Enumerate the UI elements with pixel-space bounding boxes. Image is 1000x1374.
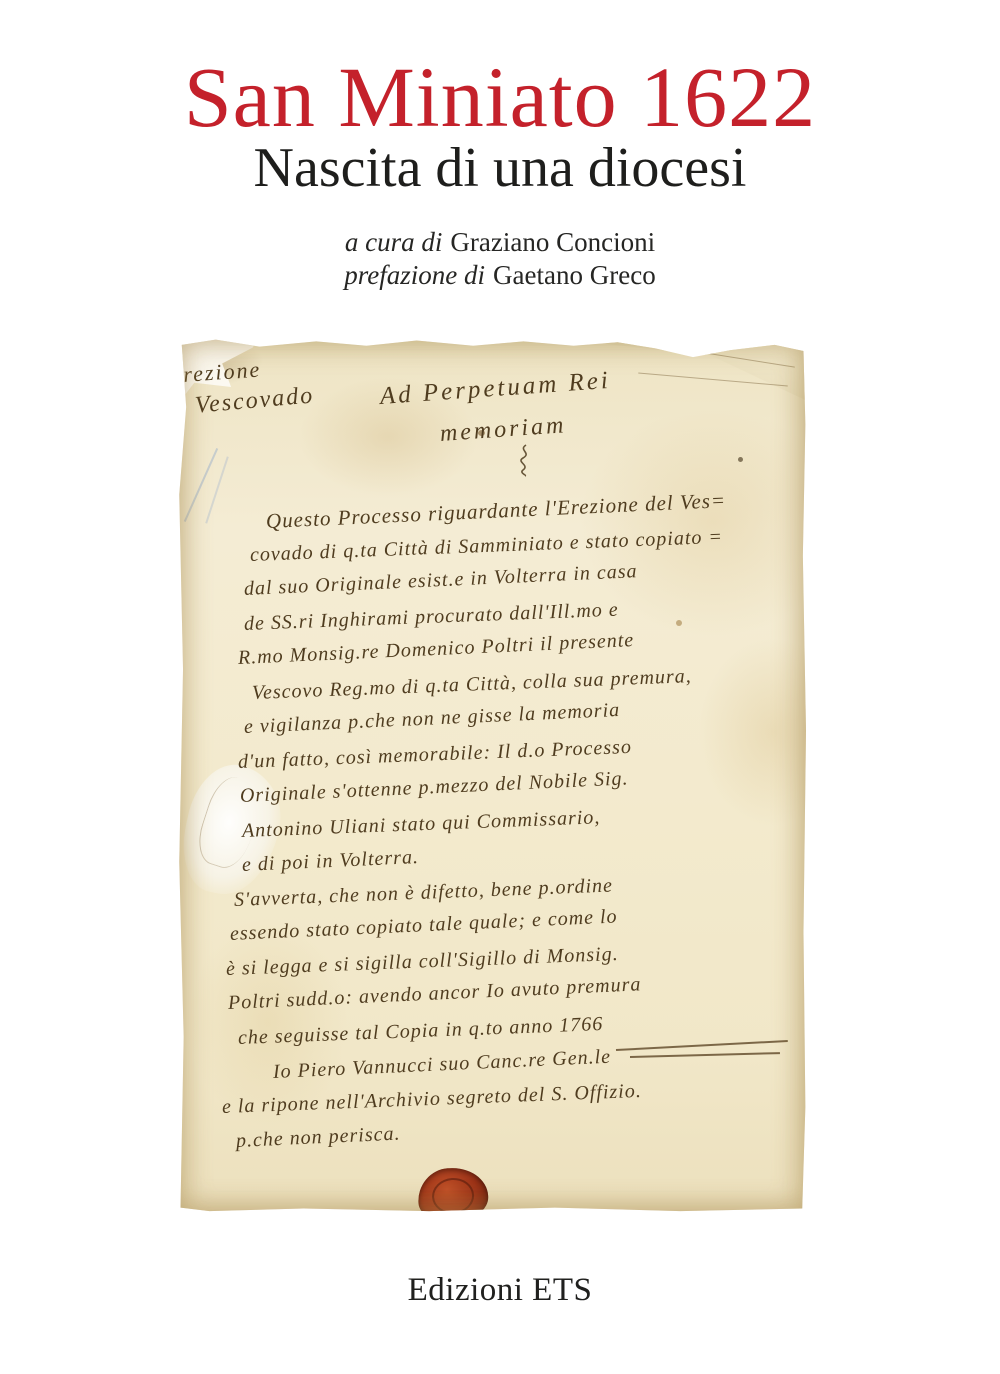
manuscript-line: d'un fatto, così memorabile: Il d.o Proc… bbox=[238, 736, 633, 774]
manuscript-line: p.che non perisca. bbox=[235, 1123, 401, 1153]
manuscript-line: dal suo Originale esist.e in Volterra in… bbox=[243, 560, 638, 601]
manuscript-photo: Erezione il Vescovado Ad Perpetuam Rei m… bbox=[178, 337, 806, 1212]
folded-corner bbox=[591, 337, 806, 409]
editor-role: a cura di bbox=[345, 227, 443, 257]
publisher-name: Edizioni ETS bbox=[0, 1272, 1000, 1309]
paraph-flourish bbox=[514, 443, 536, 477]
blue-pencil-mark bbox=[205, 456, 229, 523]
manuscript-line: e vigilanza p.che non ne gisse la memori… bbox=[243, 699, 620, 739]
manuscript-line: R.mo Monsig.re Domenico Poltri il presen… bbox=[237, 629, 634, 670]
page-title: San Miniato 1622 bbox=[0, 54, 1000, 140]
book-cover: San Miniato 1622 Nascita di una diocesi … bbox=[0, 0, 1000, 1374]
year-underline bbox=[616, 1040, 788, 1051]
preface-author-name: Gaetano Greco bbox=[493, 260, 656, 290]
manuscript-line: de SS.ri Inghirami procurato dall'Ill.mo… bbox=[244, 599, 620, 636]
year-underline bbox=[630, 1052, 780, 1058]
ink-spot bbox=[676, 620, 682, 626]
credits-block: a cura diGraziano Concioni prefazione di… bbox=[0, 226, 1000, 292]
manuscript-line: Vescovo Reg.mo di q.ta Città, colla sua … bbox=[252, 665, 693, 705]
manuscript-line: covado di q.ta Città di Samminiato e sta… bbox=[250, 526, 724, 567]
page-subtitle: Nascita di una diocesi bbox=[0, 138, 1000, 200]
editor-credit: a cura diGraziano Concioni bbox=[0, 226, 1000, 259]
manuscript-line: Questo Processo riguardante l'Erezione d… bbox=[265, 488, 726, 534]
ink-spot bbox=[738, 457, 743, 462]
wax-seal-ring bbox=[431, 1177, 475, 1212]
manuscript-margin-note: Erezione bbox=[178, 357, 262, 389]
paper-stain bbox=[698, 637, 806, 827]
manuscript-line: è si legga e si sigilla coll'Sigillo di … bbox=[226, 943, 620, 981]
preface-credit: prefazione diGaetano Greco bbox=[0, 259, 1000, 292]
manuscript-heading: memoriam bbox=[439, 412, 567, 448]
manuscript-line: Io Piero Vannucci suo Canc.re Gen.le bbox=[272, 1046, 611, 1084]
editor-name: Graziano Concioni bbox=[450, 227, 655, 257]
manuscript-line: S'avverta, che non è difetto, bene p.ord… bbox=[234, 874, 614, 912]
blue-pencil-mark bbox=[184, 448, 218, 522]
wax-seal bbox=[416, 1166, 490, 1212]
manuscript-line: Poltri sudd.o: avendo ancor Io avuto pre… bbox=[227, 973, 641, 1015]
manuscript-line: che seguisse tal Copia in q.to anno 1766 bbox=[238, 1013, 604, 1050]
manuscript-line: Antonino Uliani stato qui Commissario, bbox=[242, 806, 601, 843]
manuscript-heading: Ad Perpetuam Rei bbox=[379, 367, 612, 411]
manuscript-line: Originale s'ottenne p.mezzo del Nobile S… bbox=[239, 767, 629, 808]
preface-role: prefazione di bbox=[344, 260, 485, 290]
manuscript-line: e la ripone nell'Archivio segreto del S.… bbox=[222, 1080, 643, 1119]
manuscript-line: essendo stato copiato tale quale; e come… bbox=[229, 905, 618, 946]
